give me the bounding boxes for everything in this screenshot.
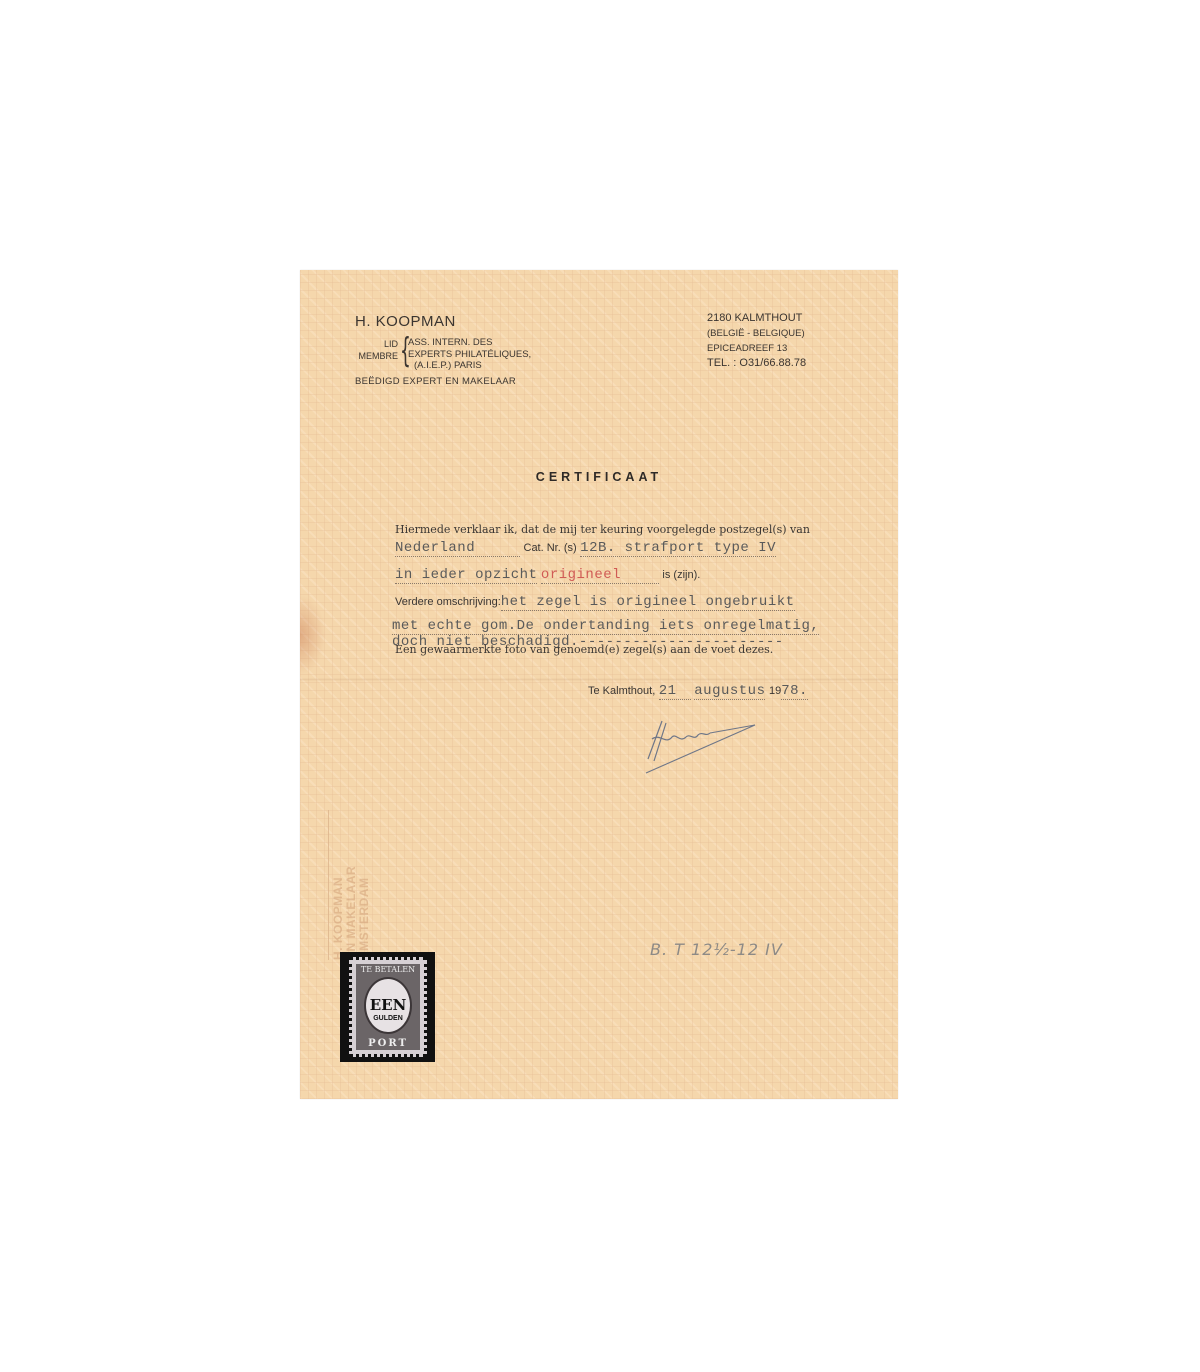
closing-place: Te Kalmthout,: [588, 685, 655, 697]
description-line-1: Verdere omschrijving:het zegel is origin…: [395, 594, 795, 611]
letterhead-association: ASS. INTERN. DES EXPERTS PHILATÉLIQUES, …: [408, 337, 531, 372]
address-line: 2180 KALMTHOUT: [707, 311, 806, 326]
association-line: (A.I.E.P.) PARIS: [408, 360, 531, 372]
closing-year-prefix: 19: [769, 685, 781, 697]
membre-label: MEMBRE: [355, 350, 398, 362]
stamp-unit: GULDEN: [366, 1015, 410, 1022]
watermark-line: AMSTERDAM: [358, 866, 371, 960]
address-line: EPICEADREEF 13: [707, 341, 806, 356]
stamp-photo: TE BETALEN EEN GULDEN PORT: [340, 952, 435, 1062]
letterhead-membership-label: LID MEMBRE: [355, 338, 398, 362]
certificate-paper: H. KOOPMAN LID MEMBRE { ASS. INTERN. DES…: [300, 270, 898, 1099]
stamp-bottom-text: PORT: [356, 1038, 420, 1049]
association-line: EXPERTS PHILATÉLIQUES,: [408, 349, 531, 361]
letterhead-expert: BEËDIGD EXPERT EN MAKELAAR: [355, 376, 516, 387]
country-line: Nederland Cat. Nr. (s) 12B. strafport ty…: [395, 540, 776, 557]
pencil-note: B. T 12½-12 IV: [650, 940, 783, 959]
description-label: Verdere omschrijving:: [395, 596, 501, 608]
association-line: ASS. INTERN. DES: [408, 337, 531, 349]
letterhead-address: 2180 KALMTHOUT (BELGIË - BELGIQUE) EPICE…: [707, 311, 806, 371]
signature: [640, 715, 760, 775]
cat-value: 12B. strafport type IV: [580, 540, 776, 557]
condition-line: in ieder opzicht origineel is (zijn).: [395, 567, 700, 584]
stamp-frame: TE BETALEN EEN GULDEN PORT: [356, 964, 420, 1050]
condition-prefix: in ieder opzicht: [395, 567, 537, 584]
closing-month: augustus: [694, 683, 765, 700]
stamp-top-text: TE BETALEN: [356, 965, 420, 974]
stamp-oval: EEN GULDEN: [364, 977, 412, 1034]
description-text: het zegel is origineel ongebruikt: [501, 594, 795, 611]
country-value: Nederland: [395, 540, 520, 557]
description-text: met echte gom.De ondertanding iets onreg…: [392, 618, 819, 635]
embossed-stamp-text: H. KOOPMAN EN MAKELAAR AMSTERDAM: [332, 866, 371, 960]
cat-label: Cat. Nr. (s): [524, 542, 577, 554]
description-line-2: met echte gom.De ondertanding iets onreg…: [392, 618, 819, 635]
intro-text: Hiermede verklaar ik, dat de mij ter keu…: [395, 523, 810, 536]
document-title: CERTIFICAAT: [300, 470, 898, 484]
closing-line: Te Kalmthout, 21 augustus 1978.: [588, 683, 808, 700]
closing-day: 21: [659, 683, 691, 700]
stamp-value: EEN: [366, 996, 410, 1014]
address-line: (BELGIË - BELGIQUE): [707, 326, 806, 341]
condition-value: origineel: [541, 567, 659, 584]
photo-note: Een gewaarmerkte foto van genoemd(e) zeg…: [395, 643, 773, 656]
condition-suffix: is (zijn).: [662, 569, 700, 581]
paper-stain: [300, 595, 326, 675]
lid-label: LID: [355, 338, 398, 350]
closing-year-suffix: 78.: [781, 683, 808, 700]
letterhead-name: H. KOOPMAN: [355, 313, 456, 330]
address-line: TEL. : O31/66.88.78: [707, 356, 806, 371]
postage-stamp: TE BETALEN EEN GULDEN PORT: [349, 957, 427, 1057]
paper-fold: [300, 678, 898, 681]
